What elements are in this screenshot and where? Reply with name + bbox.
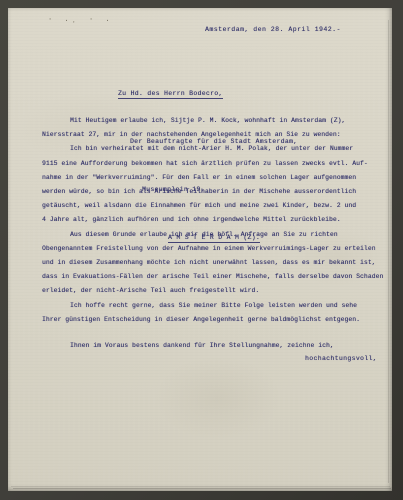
body-line: Mit Heutigem erlaube ich, Sijtje P. M. K…: [42, 114, 383, 128]
letter-page: · .¸ · . Amsterdam, den 28. April 1942.-…: [8, 8, 392, 491]
sheet-edge-line: [11, 486, 390, 487]
body-line: erleidet, der nicht-Arische Teil auch fr…: [42, 284, 383, 298]
body-line: und in diesem Zusammenhang möchte ich ni…: [42, 256, 383, 270]
body-line: dass in Evakuations-Fällen der arische T…: [42, 270, 383, 284]
pencil-marks: · .¸ · .: [48, 16, 114, 24]
body-line: werden würde, so bin ich als Arische Tei…: [42, 185, 383, 199]
body-line: getäuscht, weil alsdann die Einnahmen fü…: [42, 199, 383, 213]
attn-line: Zu Hd. des Herrn Bodecro,: [118, 86, 297, 102]
attn-line-text: Zu Hd. des Herrn Bodecro,: [118, 90, 223, 99]
body-line: Ich hoffe recht gerne, dass Sie meiner B…: [42, 299, 383, 313]
body-line: Niersstraat 27, mir in der nachstehenden…: [42, 128, 383, 142]
body-line: 4 Jahre alt, gänzlich aufhören und ich o…: [42, 213, 383, 227]
scan-backdrop: · .¸ · . Amsterdam, den 28. April 1942.-…: [0, 0, 403, 500]
body-line: Ihnen im Voraus bestens dankend für Ihre…: [42, 339, 383, 353]
body-line: Ich bin verheiratet mit dem nicht-Arier …: [42, 142, 383, 156]
body-line: Ihrer günstigen Entscheidung in dieser A…: [42, 313, 383, 327]
sheet-edge-line: [13, 488, 391, 489]
body-line: nahme in der "Werkverruiming". Für den F…: [42, 171, 383, 185]
date-line: Amsterdam, den 28. April 1942.-: [205, 26, 341, 33]
body-line: Aus diesem Grunde erlaube ich mir die hö…: [42, 228, 383, 242]
body-line: Obengenanntem Freistellung von der Aufna…: [42, 242, 383, 256]
closing-line: hochachtungsvoll,: [305, 355, 377, 362]
body-line: 9115 eine Aufforderung bekommen hat sich…: [42, 157, 383, 171]
sheet-edge-line: [388, 20, 389, 483]
letter-body: Mit Heutigem erlaube ich, Sijtje P. M. K…: [42, 114, 383, 353]
